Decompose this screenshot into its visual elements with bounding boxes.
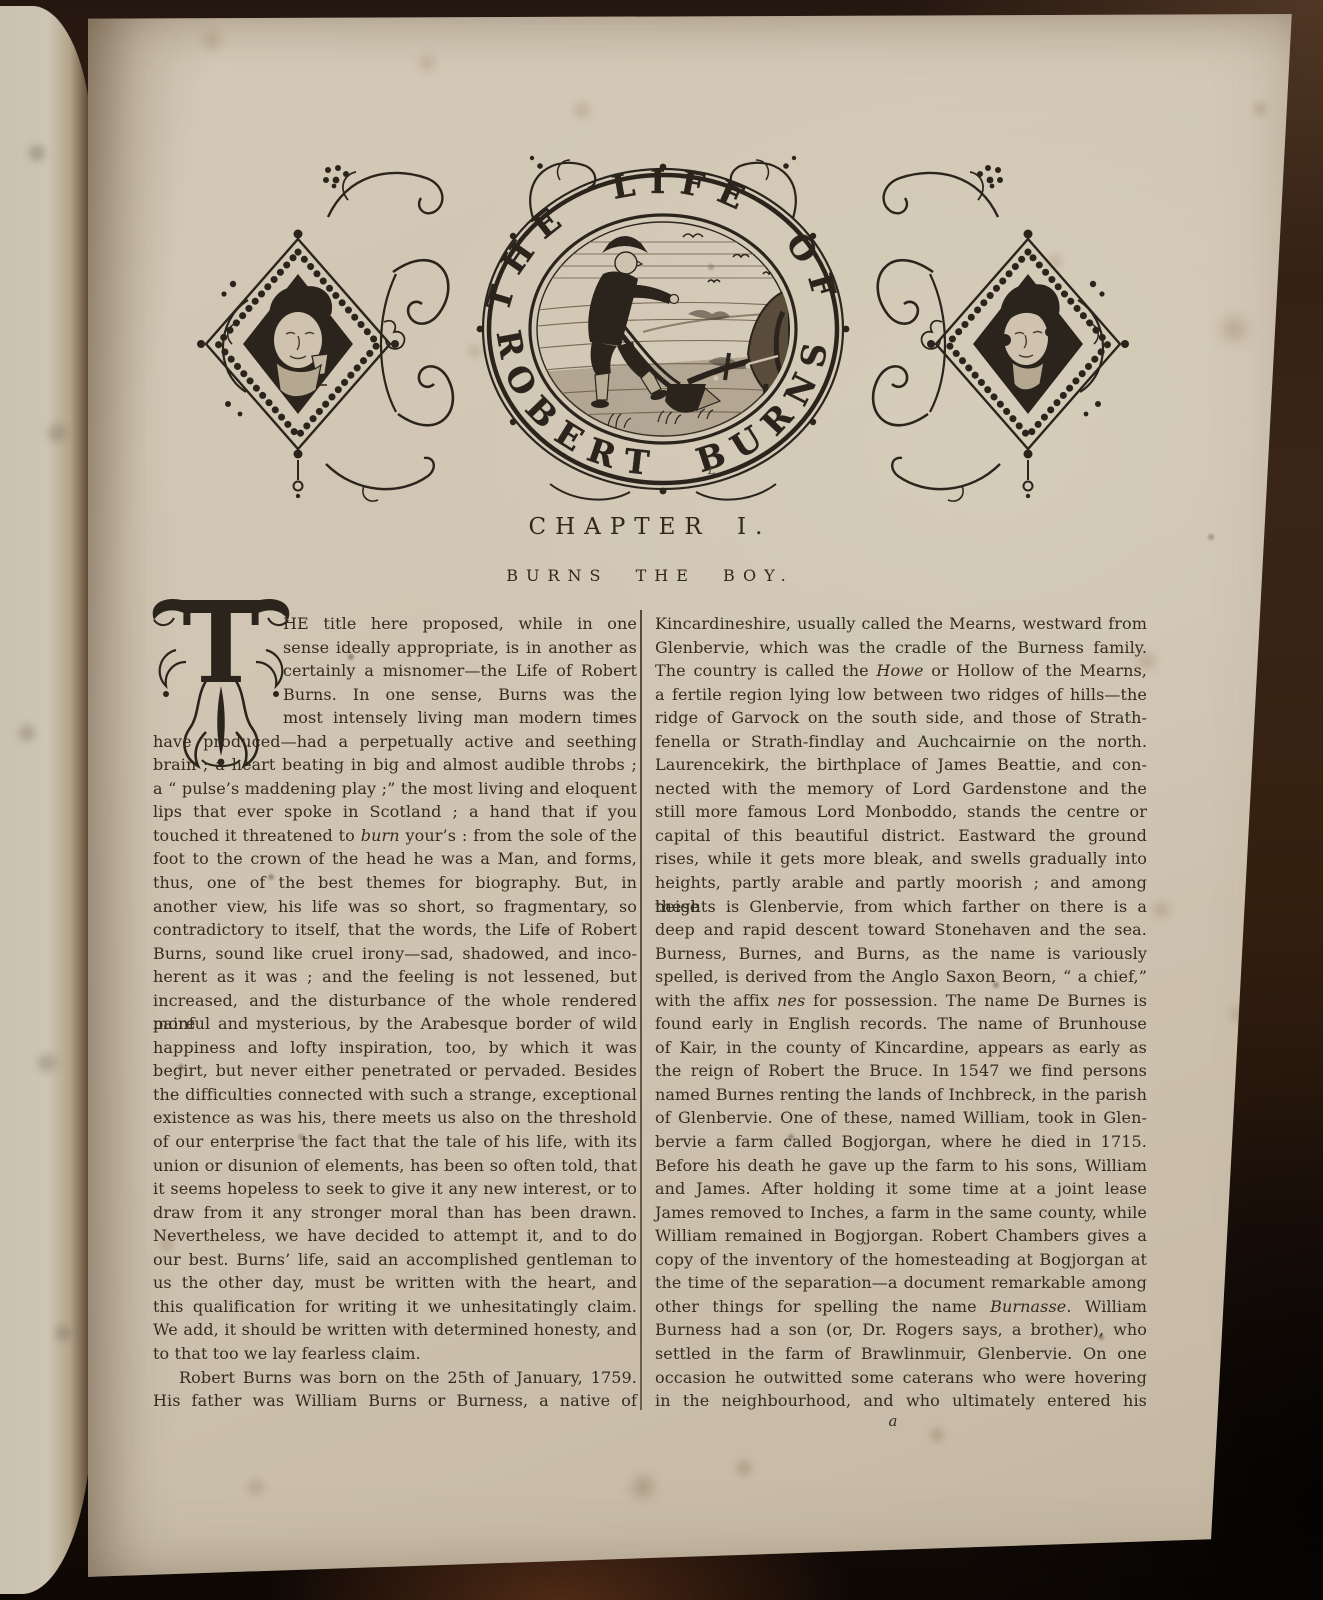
facing-page-foxing — [0, 6, 14, 20]
text-line: the reign of Robert the Bruce. In 1547 w… — [655, 1059, 1147, 1083]
text-line: Before his death he gave up the farm to … — [655, 1154, 1147, 1178]
text-line: occasion he outwitted some caterans who … — [655, 1366, 1147, 1390]
text-line: it seems hopeless to seek to give it any… — [153, 1177, 637, 1201]
ink-specks — [88, 14, 94, 20]
text-line: us the other day, must be written with t… — [153, 1271, 637, 1295]
section-heading: BURNS THE BOY. — [153, 566, 1147, 585]
text-line: nected with the memory of Lord Gardensto… — [655, 777, 1147, 801]
text-line: increased, and the disturbance of the wh… — [153, 989, 637, 1013]
text-line: Burness, Burnes, and Burns, as the name … — [655, 942, 1147, 966]
text-line: James removed to Inches, a farm in the s… — [655, 1201, 1147, 1225]
text-line: deep and rapid descent toward Stonehaven… — [655, 918, 1147, 942]
text-line: rises, while it gets more bleak, and swe… — [655, 847, 1147, 871]
text-line: painful and mysterious, by the Arabesque… — [153, 1012, 637, 1036]
text-line: touched it threatened to burn your’s : f… — [153, 824, 637, 848]
text-line: most intensely living man modern times — [283, 706, 637, 730]
text-line: copy of the inventory of the homesteadin… — [655, 1248, 1147, 1272]
plough-scene — [537, 234, 789, 438]
text-line: Glenbervie, which was the cradle of the … — [655, 636, 1147, 660]
text-line: Laurencekirk, the birthplace of James Be… — [655, 753, 1147, 777]
text-line: our best. Burns’ life, said an accomplis… — [153, 1248, 637, 1272]
text-line: Burns, sound like cruel irony—sad, shado… — [153, 942, 637, 966]
text-line: the difficulties connected with such a s… — [153, 1083, 637, 1107]
text-line: capital of this beautiful district. East… — [655, 824, 1147, 848]
text-line: Nevertheless, we have decided to attempt… — [153, 1224, 637, 1248]
text-line: begirt, but never either penetrated or p… — [153, 1059, 637, 1083]
text-line: heights is Glenbervie, from which farthe… — [655, 895, 1147, 919]
facing-page-edge — [0, 6, 92, 1594]
text-line: fenella or Strath-findlay and Auchcairni… — [655, 730, 1147, 754]
column-rule — [640, 610, 642, 1410]
text-line: have produced—had a perpetually active a… — [153, 730, 637, 754]
text-line: in the neighbourhood, and who ultimately… — [655, 1389, 1147, 1413]
text-line: still more famous Lord Monboddo, stands … — [655, 800, 1147, 824]
text-line: of Glenbervie. One of these, named Willi… — [655, 1106, 1147, 1130]
text-line: Burns. In one sense, Burns was the — [283, 683, 637, 707]
text-line: existence as was his, there meets us als… — [153, 1106, 637, 1130]
text-line: to that too we lay fearless claim. — [153, 1342, 637, 1366]
text-line: heights, partly arable and partly mooris… — [655, 871, 1147, 895]
text-line: of our enterprise the fact that the tale… — [153, 1130, 637, 1154]
left-column: HE title here proposed, while in onesens… — [153, 612, 637, 1413]
text-line: with the affix nes for possession. The n… — [655, 989, 1147, 1013]
text-line: found early in English records. The name… — [655, 1012, 1147, 1036]
text-line: sense ideally appropriate, is in another… — [283, 636, 637, 660]
text-line: certainly a misnomer—the Life of Robert — [283, 659, 637, 683]
text-line: ridge of Garvock on the south side, and … — [655, 706, 1147, 730]
text-line: happiness and lofty inspiration, too, by… — [153, 1036, 637, 1060]
sky-hatch-icon — [538, 242, 788, 278]
text-line: the time of the separation—a document re… — [655, 1271, 1147, 1295]
text-line: of Kair, in the county of Kincardine, ap… — [655, 1036, 1147, 1060]
text-line: this qualification for writing it we unh… — [153, 1295, 637, 1319]
text-line: draw from it any stronger moral than has… — [153, 1201, 637, 1225]
text-line: named Burnes renting the lands of Inchbr… — [655, 1083, 1147, 1107]
foxing-spots — [88, 14, 102, 28]
text-line: union or disunion of elements, has been … — [153, 1154, 637, 1178]
text-line: We add, it should be written with determ… — [153, 1318, 637, 1342]
text-line: Kincardineshire, usually called the Mear… — [655, 612, 1147, 636]
birds-icon — [683, 234, 775, 282]
text-line: Robert Burns was born on the 25th of Jan… — [153, 1366, 637, 1390]
text-line: thus, one of the best themes for biograp… — [153, 871, 637, 895]
text-line: bervie a farm called Bogjorgan, where he… — [655, 1130, 1147, 1154]
text-line: Burness had a son (or, Dr. Rogers says, … — [655, 1318, 1147, 1342]
text-line: another view, his life was so short, so … — [153, 895, 637, 919]
text-line: His father was William Burns or Burness,… — [153, 1389, 637, 1413]
text-line: foot to the crown of the head he was a M… — [153, 847, 637, 871]
text-line: a “ pulse’s maddening play ;” the most l… — [153, 777, 637, 801]
text-line: HE title here proposed, while in one — [283, 612, 637, 636]
text-line: brain ; a heart beating in big and almos… — [153, 753, 637, 777]
text-line: settled in the farm of Brawlinmuir, Glen… — [655, 1342, 1147, 1366]
text-line: other things for spelling the name Burna… — [655, 1295, 1147, 1319]
signature-mark: a — [858, 1412, 928, 1430]
header-engraving: THE LIFE OF ROBERT BURNS L — [188, 122, 1138, 506]
chapter-heading: CHAPTER I. — [153, 514, 1147, 540]
book-page: THE LIFE OF ROBERT BURNS L — [88, 14, 1293, 1580]
text-line: and James. After holding it some time at… — [655, 1177, 1147, 1201]
text-line: The country is called the Howe or Hollow… — [655, 659, 1147, 683]
engraver-mark: L — [707, 464, 715, 477]
text-line: contradictory to itself, that the words,… — [153, 918, 637, 942]
right-column: Kincardineshire, usually called the Mear… — [655, 612, 1147, 1413]
text-line: herent as it was ; and the feeling is no… — [153, 965, 637, 989]
text-line: a fertile region lying low between two r… — [655, 683, 1147, 707]
text-line: lips that ever spoke in Scotland ; a han… — [153, 800, 637, 824]
text-line: spelled, is derived from the Anglo Saxon… — [655, 965, 1147, 989]
text-line: William remained in Bogjorgan. Robert Ch… — [655, 1224, 1147, 1248]
